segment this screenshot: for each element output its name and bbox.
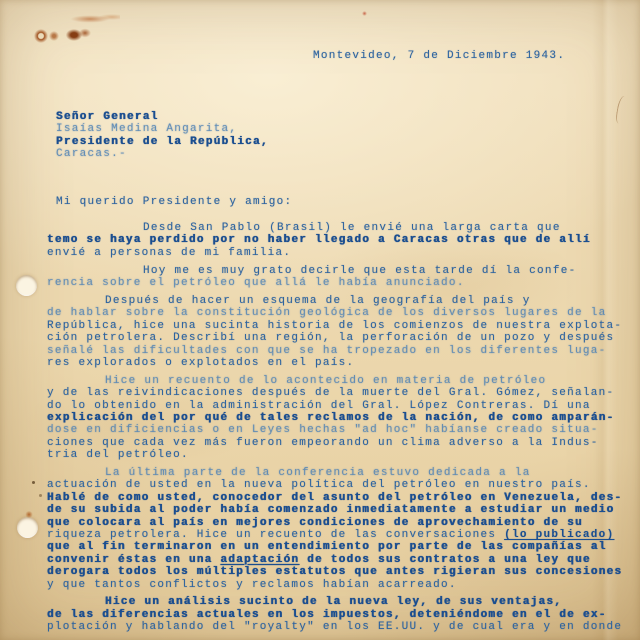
text-segment: La última parte de la conferencia estuvo… (105, 467, 531, 479)
text-segment: Caracas.- (56, 148, 127, 160)
text-segment: temo se haya perdido por no haber llegad… (47, 234, 591, 246)
text-segment: de hablar sobre la constitución geológic… (47, 307, 607, 319)
text-segment: explicación del por qué de tales reclamo… (47, 412, 614, 424)
punch-hole-top (16, 275, 37, 296)
letter-line: ciones que cada vez más fueron empeorand… (47, 437, 622, 449)
letter-line: Hablé de como usted, conocedor del asunt… (47, 492, 622, 504)
red-speck (362, 11, 367, 16)
text-segment: dose en dificiencias o en Leyes hechas "… (47, 424, 599, 436)
letter-line: actuación de usted en la nueva política … (47, 479, 622, 491)
letter-line: y que tantos conflictos y reclamos había… (47, 579, 622, 591)
letter-line: Hoy me es muy grato decirle que esta tar… (47, 265, 622, 277)
letter-line: Desde San Pablo (Brasil) le envié una la… (47, 222, 622, 234)
text-segment: envié a personas de mi familia. (47, 247, 291, 259)
letter-line: dose en dificiencias o en Leyes hechas "… (47, 424, 622, 436)
text-segment: Después de hacer un esquema de la geogra… (105, 295, 531, 307)
text-segment: derogara todos los múltiples estatutos q… (47, 566, 622, 578)
letter-line: Hice un recuento de lo acontecido en mat… (47, 375, 622, 387)
letter-line: Hice un análisis sucinto de la nueva ley… (47, 596, 622, 608)
text-segment: Hablé de como usted, conocedor del asunt… (47, 492, 622, 504)
letter-line: que al fin terminaron en un entendimient… (47, 541, 622, 553)
letter-line: derogara todos los múltiples estatutos q… (47, 566, 622, 578)
text-segment: de todos sus contratos a una ley que (299, 554, 591, 566)
text-segment: Hice un recuento de lo acontecido en mat… (105, 375, 546, 387)
letter-line: señalé las dificultades con que se ha tr… (47, 345, 622, 357)
ink-dot-2 (39, 494, 42, 497)
letter-body: Desde San Pablo (Brasil) le envié una la… (47, 222, 622, 634)
recipient-line: Presidente de la República, (56, 136, 269, 148)
text-segment: actuación de usted en la nueva política … (47, 479, 591, 491)
letter-line: rencia sobre el petróleo que allá le hab… (47, 277, 622, 289)
text-segment: República, hice una sucinta historia de … (47, 320, 622, 332)
scratch-mark (615, 95, 630, 124)
text-segment: res explorados o explotados en el país. (47, 357, 354, 369)
paragraph: Después de hacer un esquema de la geogra… (47, 295, 622, 369)
letter-line: envié a personas de mi familia. (47, 247, 622, 259)
text-segment: y de las reivindicaciones después de la … (47, 387, 614, 399)
text-segment: do lo obtenido en la administración del … (47, 400, 591, 412)
text-segment: convenir éstas en una (47, 554, 220, 566)
letter-line: explicación del por qué de tales reclamo… (47, 412, 622, 424)
letter-line: de hablar sobre la constitución geológic… (47, 307, 622, 319)
text-segment: tria del petróleo. (47, 449, 189, 461)
text-segment: rencia sobre el petróleo que allá le hab… (47, 277, 465, 289)
letter-line: riqueza petrolera. Hice un recuento de l… (47, 529, 622, 541)
recipient-block: Señor GeneralIsaías Medina Angarita,Pres… (56, 111, 269, 161)
text-segment: de las diferencias actuales en los impue… (47, 609, 607, 621)
text-segment: señalé las dificultades con que se ha tr… (47, 345, 607, 357)
letter-line: convenir éstas en una adaptación de todo… (47, 554, 622, 566)
paragraph: Hice un recuento de lo acontecido en mat… (47, 375, 622, 462)
salutation: Mi querido Presidente y amigo: (56, 196, 292, 209)
text-segment: de su subida al poder había comenzado in… (47, 504, 614, 516)
letter-line: do lo obtenido en la administración del … (47, 400, 622, 412)
text-segment: riqueza petrolera. Hice un recuento de l… (47, 529, 504, 541)
text-segment: y que tantos conflictos y reclamos había… (47, 579, 457, 591)
paragraph: Hoy me es muy grato decirle que esta tar… (47, 265, 622, 290)
text-segment: Hoy me es muy grato decirle que esta tar… (143, 265, 576, 277)
letter-line: temo se haya perdido por no haber llegad… (47, 234, 622, 246)
rust-stain (28, 8, 120, 48)
letter-line: Después de hacer un esquema de la geogra… (47, 295, 622, 307)
text-segment: Desde San Pablo (Brasil) le envié una la… (143, 222, 561, 234)
recipient-line: Caracas.- (56, 148, 269, 160)
text-segment: plotación y hablando del "royalty" en lo… (47, 621, 622, 633)
letter-line: plotación y hablando del "royalty" en lo… (47, 621, 622, 633)
ink-dot-1 (32, 481, 35, 484)
letter-page: Montevideo, 7 de Diciembre 1943. Señor G… (0, 0, 640, 640)
paragraph: La última parte de la conferencia estuvo… (47, 467, 622, 591)
underlined-text-segment: adaptación (220, 554, 299, 566)
text-segment: ción petrolera. Describí una región, la … (47, 332, 614, 344)
letter-line: República, hice una sucinta historia de … (47, 320, 622, 332)
letter-line: que colocara al país en mejores condicio… (47, 517, 622, 529)
underlined-text-segment: (lo publicado) (504, 529, 614, 541)
letter-line: de las diferencias actuales en los impue… (47, 609, 622, 621)
text-segment: Hice un análisis sucinto de la nueva ley… (105, 596, 562, 608)
date-line: Montevideo, 7 de Diciembre 1943. (313, 50, 565, 62)
text-segment: que al fin terminaron en un entendimient… (47, 541, 607, 553)
letter-line: ción petrolera. Describí una región, la … (47, 332, 622, 344)
recipient-line: Señor General (56, 111, 269, 123)
letter-line: res explorados o explotados en el país. (47, 357, 622, 369)
letter-line: de su subida al poder había comenzado in… (47, 504, 622, 516)
letter-line: y de las reivindicaciones después de la … (47, 387, 622, 399)
text-segment: Presidente de la República, (56, 136, 269, 148)
punch-hole-bottom (17, 517, 38, 538)
paragraph: Hice un análisis sucinto de la nueva ley… (47, 596, 622, 633)
recipient-line: Isaías Medina Angarita, (56, 123, 269, 135)
paragraph: Desde San Pablo (Brasil) le envié una la… (47, 222, 622, 259)
text-segment: ciones que cada vez más fueron empeorand… (47, 437, 599, 449)
letter-line: tria del petróleo. (47, 449, 622, 461)
letter-line: La última parte de la conferencia estuvo… (47, 467, 622, 479)
text-segment: que colocara al país en mejores condicio… (47, 517, 583, 529)
text-segment: Isaías Medina Angarita, (56, 123, 237, 135)
text-segment: Señor General (56, 111, 158, 123)
